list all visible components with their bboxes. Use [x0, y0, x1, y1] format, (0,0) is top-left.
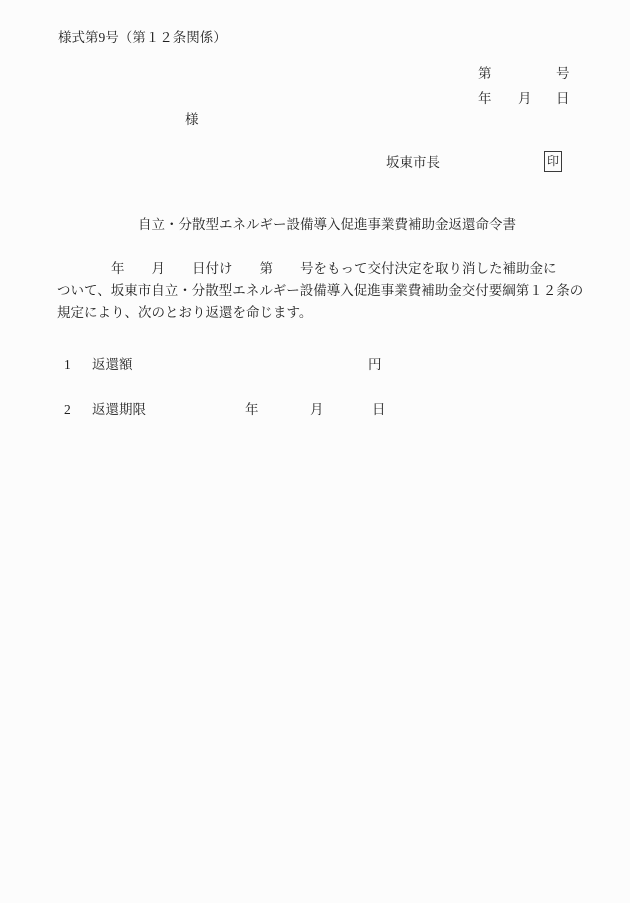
- body-paragraph: 年 月 日付け 第 号をもって交付決定を取り消した補助金に ついて、坂東市自立・…: [57, 258, 587, 324]
- deadline-day-label: 日: [372, 402, 386, 418]
- body-line: 規定により、次のとおり返還を命じます。: [57, 302, 587, 324]
- body-line: 年 月 日付け 第 号をもって交付決定を取り消した補助金に: [57, 258, 587, 280]
- issuer-name: 坂東市長: [386, 155, 440, 171]
- body-line: ついて、坂東市自立・分散型エネルギー設備導入促進事業費補助金交付要綱第１２条の: [57, 280, 587, 302]
- document-title: 自立・分散型エネルギー設備導入促進事業費補助金返還命令書: [0, 217, 630, 233]
- issue-date-year-label: 年: [478, 91, 492, 107]
- issue-date-month-label: 月: [518, 91, 532, 107]
- doc-number-suffix: 号: [556, 66, 570, 82]
- item-label-refund-deadline: 返還期限: [92, 402, 146, 418]
- item-number: 1: [64, 357, 71, 373]
- document-page: 様式第9号（第１２条関係） 第 号 年 月 日 様 坂東市長 印 自立・分散型エ…: [0, 0, 630, 903]
- deadline-month-label: 月: [310, 402, 324, 418]
- form-number: 様式第9号（第１２条関係）: [58, 30, 227, 46]
- seal-placeholder: 印: [544, 151, 562, 172]
- deadline-year-label: 年: [245, 402, 259, 418]
- issue-date-day-label: 日: [556, 91, 570, 107]
- yen-unit-label: 円: [368, 357, 382, 373]
- item-number: 2: [64, 402, 71, 418]
- item-row-refund-amount: 1 返還額 円: [0, 357, 630, 375]
- addressee-suffix: 様: [185, 112, 199, 128]
- item-row-refund-deadline: 2 返還期限 年 月 日: [0, 402, 630, 420]
- item-label-refund-amount: 返還額: [92, 357, 133, 373]
- doc-number-prefix: 第: [478, 66, 492, 82]
